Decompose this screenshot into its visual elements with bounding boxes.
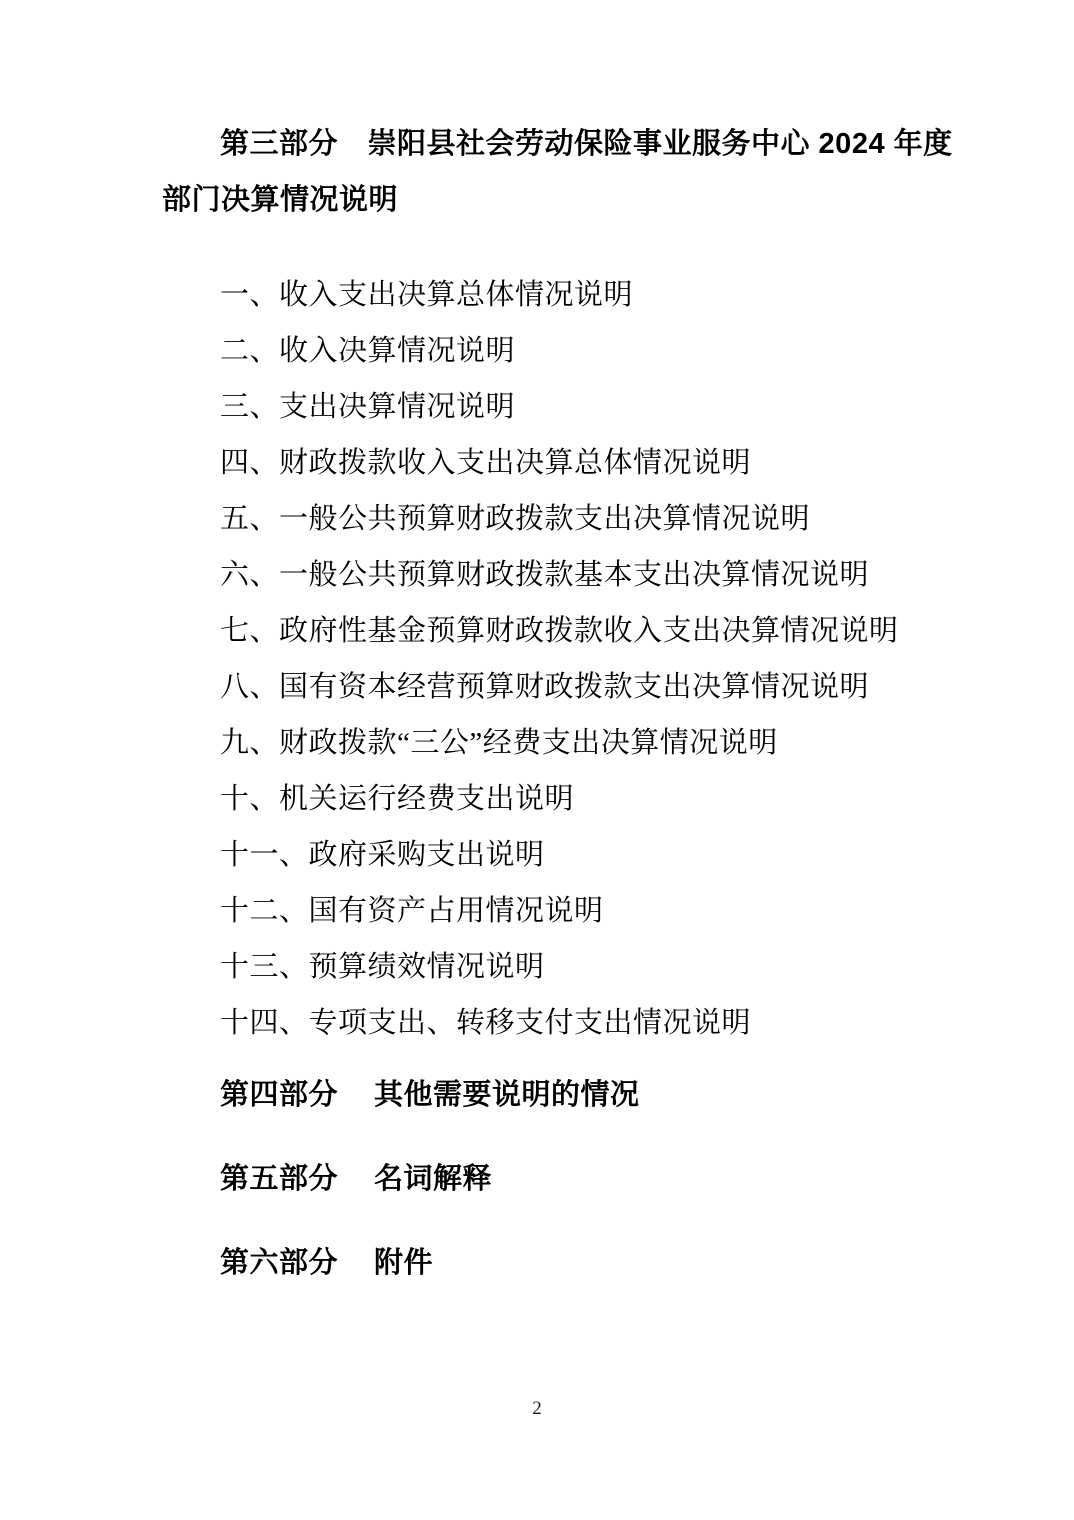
section-title: 名词解释 [374,1163,492,1195]
page-content: 第三部分 崇阳县社会劳动保险事业服务中心 2024 年度部门决算情况说明 一、收… [162,116,912,1291]
section-label: 第四部分 [220,1079,338,1111]
section-heading: 第四部分其他需要说明的情况 [162,1067,912,1123]
toc-item: 二、收入决算情况说明 [162,323,912,379]
section-title: 其他需要说明的情况 [374,1079,640,1111]
part3-heading: 第三部分 崇阳县社会劳动保险事业服务中心 2024 年度部门决算情况说明 [162,116,954,228]
toc-item: 十四、专项支出、转移支付支出情况说明 [162,995,912,1051]
section-label: 第六部分 [220,1247,338,1279]
section-heading: 第五部分名词解释 [162,1151,912,1207]
toc-item: 八、国有资本经营预算财政拨款支出决算情况说明 [162,659,912,715]
toc-item: 九、财政拨款“三公”经费支出决算情况说明 [162,715,912,771]
toc-item: 七、政府性基金预算财政拨款收入支出决算情况说明 [162,603,912,659]
section-label: 第五部分 [220,1163,338,1195]
toc-item: 五、一般公共预算财政拨款支出决算情况说明 [162,491,912,547]
toc-item: 一、收入支出决算总体情况说明 [162,267,912,323]
toc-item: 三、支出决算情况说明 [162,379,912,435]
toc-item: 十、机关运行经费支出说明 [162,771,912,827]
document-page: 第三部分 崇阳县社会劳动保险事业服务中心 2024 年度部门决算情况说明 一、收… [0,0,1074,1520]
toc-item: 六、一般公共预算财政拨款基本支出决算情况说明 [162,547,912,603]
page-number: 2 [0,1398,1074,1420]
toc-list: 一、收入支出决算总体情况说明二、收入决算情况说明三、支出决算情况说明四、财政拨款… [162,267,912,1051]
section-heading: 第六部分附件 [162,1235,912,1291]
section-heading-list: 第四部分其他需要说明的情况第五部分名词解释第六部分附件 [162,1067,912,1291]
toc-item: 四、财政拨款收入支出决算总体情况说明 [162,435,912,491]
toc-item: 十三、预算绩效情况说明 [162,939,912,995]
toc-item: 十二、国有资产占用情况说明 [162,883,912,939]
section-title: 附件 [374,1247,433,1279]
toc-item: 十一、政府采购支出说明 [162,827,912,883]
